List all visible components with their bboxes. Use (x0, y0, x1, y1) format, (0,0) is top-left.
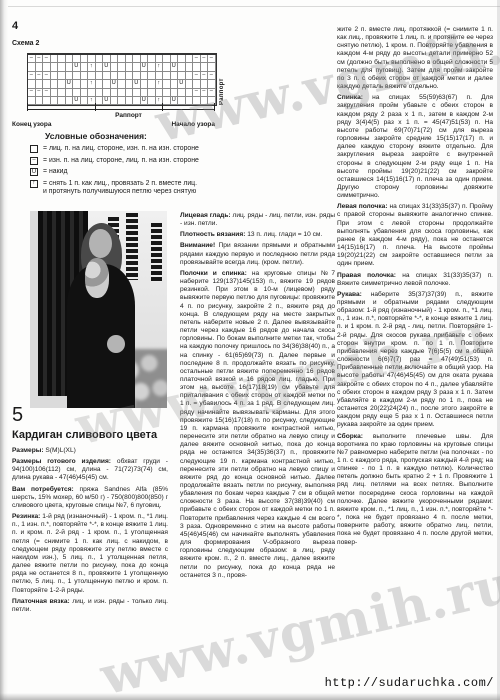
chart-cell: U (111, 80, 119, 88)
chart-cell (201, 97, 209, 105)
scan-edge-bottom (0, 693, 500, 700)
chart-cell (171, 72, 179, 80)
chart-cell: – (28, 55, 36, 63)
chart-cell: – (28, 89, 36, 97)
design-title: Кардиган сливового цвета (12, 429, 168, 441)
paragraph: Левая полочка: на спицах 31(33)35(37) п.… (337, 203, 493, 268)
chart-cell (36, 63, 44, 71)
chart-cell: U (141, 97, 149, 105)
chart-cell (126, 89, 134, 97)
chart-cell: – (193, 89, 201, 97)
chart-cell (148, 80, 156, 88)
chart-cell (163, 97, 171, 105)
chart-cell (186, 97, 194, 105)
chart-cell (81, 89, 89, 97)
left-column: 5 Кардиган сливового цвета Размеры: S(M)… (12, 405, 168, 617)
chart-cell (28, 63, 36, 71)
chart-tick (95, 103, 96, 111)
paragraph: Сборка: выполните плечевые швы. Для воро… (337, 433, 493, 547)
design-number: 5 (12, 405, 168, 425)
chart-cell (163, 55, 171, 63)
chart-cell (81, 80, 89, 88)
chart-cell (73, 72, 81, 80)
rapport-bottom-label: Раппорт (95, 112, 162, 119)
chart-cell (208, 80, 216, 88)
yo-symbol-icon: U (30, 168, 38, 176)
chart-cell: – (43, 72, 51, 80)
chart-cell: U (73, 97, 81, 105)
chart-cell (88, 55, 96, 63)
chart-cell: – (201, 55, 209, 63)
chart-cell (141, 80, 149, 88)
chart-cell (148, 89, 156, 97)
chart-cell (36, 80, 44, 88)
chart-tick (214, 103, 215, 111)
legend-item-text: = изн. п. на лиц. стороне, лиц. п. на из… (43, 157, 199, 165)
chart-cell (186, 89, 194, 97)
photo-window (126, 213, 138, 280)
chart-cell (43, 80, 51, 88)
legend-item: U= накид (30, 168, 290, 176)
chart-cell (193, 97, 201, 105)
chart-cell (103, 72, 111, 80)
chart-cell: ↑ (156, 63, 164, 71)
chart-cell (156, 89, 164, 97)
chart-cell: – (208, 72, 216, 80)
chart-cell (51, 72, 59, 80)
chart-cell (66, 55, 74, 63)
chart-cell (73, 89, 81, 97)
chart-cell: – (43, 89, 51, 97)
chart-cell (178, 97, 186, 105)
chart-cell (111, 72, 119, 80)
photo-window (151, 223, 162, 282)
chart-title: Схема 2 (12, 40, 39, 47)
paragraph: Размеры: S(M)L(XL) (12, 447, 168, 455)
chart-cell (163, 89, 171, 97)
chart-cell (186, 72, 194, 80)
chart-cell: – (208, 89, 216, 97)
chart-cell: U (171, 63, 179, 71)
chart-cell (208, 63, 216, 71)
chart-cell (96, 80, 104, 88)
chart-cell (88, 89, 96, 97)
chart-cell (133, 97, 141, 105)
chart-cell (111, 55, 119, 63)
chart-tick (27, 103, 28, 111)
chart-cell (178, 89, 186, 97)
chart-cell: ↑ (156, 80, 164, 88)
pattern-end-label: Конец узора (12, 121, 51, 128)
chart-cell: – (36, 55, 44, 63)
paragraph: Резинка: 1-й ряд (изнаночный) - 1 кром. … (12, 513, 168, 595)
chart-cell (118, 55, 126, 63)
empty-symbol-icon (30, 145, 38, 153)
chart-cell (96, 89, 104, 97)
chart-cell (58, 63, 66, 71)
chart-cell (186, 80, 194, 88)
chart-cell: U (141, 63, 149, 71)
chart-cell (103, 89, 111, 97)
chart-cell: – (28, 72, 36, 80)
chart-cell: – (36, 89, 44, 97)
chart-cell (58, 89, 66, 97)
paragraph: Спинка: на спицах 55(59)63(67) п. Для за… (337, 94, 493, 200)
chart-cell (193, 63, 201, 71)
paragraph: Плотность вязания: 13 п. лиц. глади = 10… (180, 231, 335, 239)
chart-cell (111, 97, 119, 105)
chart-cell (141, 72, 149, 80)
chart-cell: U (178, 80, 186, 88)
chart-cell (126, 55, 134, 63)
chart-cell: – (36, 72, 44, 80)
chart-grid: ––––––U↑UU↑U––––––U↑UU↑U––––––U↑UU↑U (27, 53, 217, 106)
chart-cell (81, 97, 89, 105)
chart-cell (66, 63, 74, 71)
chart-cell: U (66, 80, 74, 88)
dash-symbol-icon: – (30, 157, 38, 165)
chart-cell (133, 55, 141, 63)
chart-cell (118, 72, 126, 80)
chart-cell: U (73, 63, 81, 71)
chart-cell (133, 89, 141, 97)
chart-cell (118, 89, 126, 97)
chart-cell (66, 89, 74, 97)
legend-item-text: = снять 1 п. как лиц., провязать 2 п. вм… (43, 180, 197, 196)
chart-cell: ↑ (88, 80, 96, 88)
chart-cell: U (133, 80, 141, 88)
chart-cell (118, 97, 126, 105)
paragraph: Размеры готового изделия: обхват груди -… (12, 458, 168, 482)
chart-cell (58, 72, 66, 80)
chart-cell (133, 63, 141, 71)
chart-cell (141, 89, 149, 97)
chart-cell (148, 72, 156, 80)
sk2p-symbol-icon: ↑ (30, 180, 38, 188)
chart-cell (178, 72, 186, 80)
chart-cell: U (103, 97, 111, 105)
page-number: 4 (12, 20, 18, 32)
chart-cell (88, 72, 96, 80)
legend-items: = лиц. п. на лиц. стороне, изн. п. на из… (30, 145, 290, 197)
chart-cell (51, 97, 59, 105)
chart-cell (178, 63, 186, 71)
chart-cell (81, 55, 89, 63)
paragraph: Платочная вязка: лиц. и изн. ряды - толь… (12, 598, 168, 614)
chart-cell (43, 63, 51, 71)
scan-edge-top (8, 6, 500, 7)
chart-cell (28, 97, 36, 105)
legend-item-text: = лиц. п. на лиц. стороне, изн. п. на из… (43, 145, 199, 153)
chart-cell (201, 63, 209, 71)
chart-cell (73, 80, 81, 88)
chart-cell (186, 63, 194, 71)
chart-cell: – (208, 55, 216, 63)
pattern-start-label: Начало узора (171, 121, 215, 128)
chart-cell (178, 55, 186, 63)
legend: Условные обозначения: = лиц. п. на лиц. … (30, 131, 290, 200)
chart-cell (148, 63, 156, 71)
chart-cell (58, 55, 66, 63)
chart-cell (66, 72, 74, 80)
chart-cell (51, 63, 59, 71)
chart-cell: – (43, 55, 51, 63)
chart-cell (163, 63, 171, 71)
chart-cell (126, 80, 134, 88)
chart-cell (156, 72, 164, 80)
chart-cell: U (103, 63, 111, 71)
chart-cell (58, 97, 66, 105)
chart-cell: – (201, 72, 209, 80)
chart-cell: – (193, 72, 201, 80)
chart-cell (43, 97, 51, 105)
chart-cell (96, 55, 104, 63)
chart-cell (163, 80, 171, 88)
paragraph: Лицевая гладь: лиц. ряды - лиц. петли, и… (180, 212, 335, 228)
middle-column: Лицевая гладь: лиц. ряды - лиц. петли, и… (180, 212, 335, 658)
chart-cell: – (193, 55, 201, 63)
chart-cell (111, 89, 119, 97)
chart-cell (103, 80, 111, 88)
chart-cell (171, 80, 179, 88)
rapport-side-label: Раппорт (219, 53, 225, 105)
chart-cell (141, 55, 149, 63)
chart-cell (163, 72, 171, 80)
chart-cell (51, 89, 59, 97)
paragraph: Полочки и спинка: на круговые спицы №7 н… (180, 270, 335, 580)
chart-cell (171, 55, 179, 63)
chart-cell (126, 97, 134, 105)
knitting-chart: ––––––U↑UU↑U––––––U↑UU↑U––––––U↑UU↑U Рап… (27, 53, 215, 106)
chart-bottom-line (27, 109, 215, 110)
paragraph: Внимание! При вязании прямыми и обратным… (180, 242, 335, 266)
paragraph: Правая полочка: на спицах 31(33)35(37) п… (337, 272, 493, 288)
legend-item: = лиц. п. на лиц. стороне, изн. п. на из… (30, 145, 290, 153)
chart-tick (162, 103, 163, 111)
chart-cell (96, 63, 104, 71)
chart-cell (58, 80, 66, 88)
chart-cell (96, 97, 104, 105)
chart-cell (193, 80, 201, 88)
photo-model-scarf (85, 258, 110, 297)
chart-cell (126, 63, 134, 71)
paragraph: Вам потребуется: пряжа Sandnes Alfa (85%… (12, 486, 168, 510)
chart-cell (51, 55, 59, 63)
chart-cell (186, 55, 194, 63)
legend-item: ↑= снять 1 п. как лиц., провязать 2 п. в… (30, 180, 290, 196)
legend-title: Условные обозначения: (45, 131, 290, 141)
chart-cell (103, 55, 111, 63)
chart-cell (126, 72, 134, 80)
chart-cell (156, 55, 164, 63)
scan-edge-left (0, 0, 8, 700)
chart-cell (28, 80, 36, 88)
chart-cell (96, 72, 104, 80)
legend-item-text: = накид (43, 168, 67, 176)
chart-cell: U (171, 97, 179, 105)
chart-cell (111, 63, 119, 71)
paragraph: Рукава: наберите 35(37)37(39) п., вяжите… (337, 291, 493, 430)
left-column-text: Размеры: S(M)L(XL)Размеры готового издел… (12, 447, 168, 614)
paragraph: жите 2 п. вместе лиц. протяжкой (= сними… (337, 26, 493, 91)
chart-cell: ↑ (88, 63, 96, 71)
chart-cell: – (201, 89, 209, 97)
chart-cell (51, 80, 59, 88)
chart-cell (81, 63, 89, 71)
legend-item: –= изн. п. на лиц. стороне, лиц. п. на и… (30, 157, 290, 165)
chart-cell (118, 63, 126, 71)
site-url-link[interactable]: http://sudaruchka.com/ (325, 676, 494, 690)
chart-cell (66, 97, 74, 105)
chart-cell (201, 80, 209, 88)
chart-cell (118, 80, 126, 88)
chart-cell (36, 97, 44, 105)
chart-cell (148, 55, 156, 63)
chart-cell (133, 72, 141, 80)
chart-cell (73, 55, 81, 63)
photo-model-hand (107, 335, 125, 353)
chart-cell (171, 89, 179, 97)
pattern-photo (30, 211, 167, 408)
chart-cell (148, 97, 156, 105)
chart-cell (81, 72, 89, 80)
right-column: жите 2 п. вместе лиц. протяжкой (= сними… (337, 26, 493, 668)
